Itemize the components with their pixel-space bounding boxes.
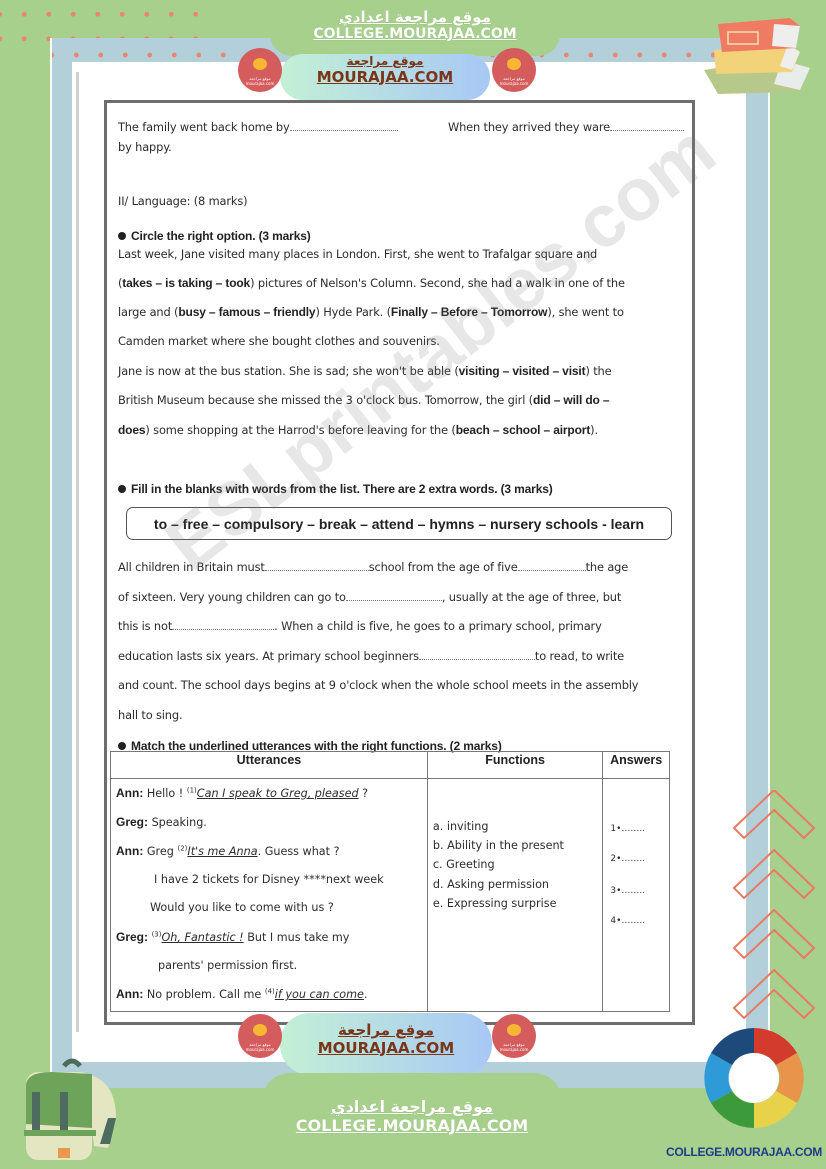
utterance-text: . Guess what ?: [258, 845, 340, 858]
ex1-line: (takes – is taking – took) pictures of N…: [118, 276, 625, 290]
blank-field[interactable]: [419, 649, 535, 660]
blank-field[interactable]: [265, 560, 369, 571]
ex1-text: ) some shopping at the Harrod's before l…: [145, 423, 455, 437]
bottom-banner[interactable]: موقع مراجعة اعدادي COLLEGE.MOURAJAA.COM: [262, 1073, 562, 1169]
ex2-text: to read, to write: [535, 649, 624, 663]
header-functions: Functions: [427, 752, 602, 779]
function-c: c. Greeting: [433, 858, 495, 871]
ex1-text: ) Hyde Park. (: [315, 305, 390, 319]
site-logo-badge[interactable]: موقع مراجعة mourajaa.com: [238, 48, 282, 92]
chevron-up-decorations: [732, 790, 822, 1030]
backpack-icon: [12, 1052, 122, 1162]
ex1-text: Jane is now at the bus station. She is s…: [118, 364, 459, 378]
blank-field[interactable]: [172, 619, 274, 630]
bottom-banner-url[interactable]: COLLEGE.MOURAJAA.COM: [262, 1116, 562, 1135]
answers-cell: 1•…….. 2•…….. 3•…….. 4•……..: [603, 779, 670, 1012]
ex2-text: All children in Britain must: [118, 560, 265, 574]
top-pill-arabic[interactable]: موقع مراجعة: [280, 54, 490, 68]
function-e: e. Expressing surprise: [433, 897, 557, 910]
corner-logo-caption[interactable]: COLLEGE.MOURAJAA.COM: [664, 1145, 824, 1159]
speaker: Greg:: [116, 930, 148, 944]
bullet-icon: [118, 232, 126, 240]
logo-icon: [507, 58, 521, 70]
exercise-2-title: Fill in the blanks with words from the l…: [118, 482, 553, 496]
utterance-3: Ann: Greg (2)It's me Anna. Guess what ?: [116, 844, 340, 858]
option-group-2[interactable]: busy – famous – friendly: [178, 305, 315, 319]
function-a: a. inviting: [433, 820, 489, 833]
utterance-number: (2): [177, 844, 187, 852]
intro-line-1: The family went back home by When they a…: [118, 120, 684, 134]
utterance-8: Ann: No problem. Call me (4)if you can c…: [116, 987, 367, 1001]
ex1-line: does) some shopping at the Harrod's befo…: [118, 423, 598, 437]
speaker: Ann:: [116, 786, 143, 800]
ex2-text: education lasts six years. At primary sc…: [118, 649, 419, 663]
ex2-line: hall to sing.: [118, 708, 182, 722]
utterance-6: Greg: (3)Oh, Fantastic ! But I mus take …: [116, 930, 349, 944]
intro-text-b: When they arrived they ware: [448, 120, 610, 134]
ex2-text: the age: [586, 560, 628, 574]
ex2-line: education lasts six years. At primary sc…: [118, 649, 624, 663]
top-banner-url[interactable]: COLLEGE.MOURAJAA.COM: [270, 26, 560, 42]
blank-field[interactable]: [518, 560, 586, 571]
answer-1[interactable]: 1•……..: [610, 824, 645, 834]
speaker: Ann:: [116, 844, 143, 858]
ex2-text: of sixteen. Very young children can go t…: [118, 590, 346, 604]
site-logo-badge[interactable]: موقع مراجعة mourajaa.com: [492, 48, 536, 92]
ex1-text: ).: [590, 423, 598, 437]
ex2-text: this is not: [118, 619, 172, 633]
logo-caption: موقع مراجعة mourajaa.com: [498, 1042, 530, 1052]
top-site-pill[interactable]: موقع مراجعة MOURAJAA.COM: [280, 54, 490, 100]
exercise-1-title-text: Circle the right option. (3 marks): [131, 229, 311, 243]
bottom-pill-arabic[interactable]: موقع مراجعة: [280, 1021, 492, 1039]
bottom-banner-arabic[interactable]: موقع مراجعة اعدادي: [262, 1097, 562, 1116]
ex2-line: All children in Britain mustschool from …: [118, 560, 628, 574]
ex2-line: of sixteen. Very young children can go t…: [118, 590, 621, 604]
ex1-text: large and (: [118, 305, 178, 319]
ex1-line: Jane is now at the bus station. She is s…: [118, 364, 611, 378]
section-title: II/ Language: (8 marks): [118, 194, 247, 208]
option-group-6[interactable]: beach – school – airport: [456, 423, 590, 437]
utterance-text: No problem. Call me: [147, 988, 265, 1001]
answer-4[interactable]: 4•……..: [610, 916, 645, 926]
bottom-site-pill[interactable]: موقع مراجعة MOURAJAA.COM: [280, 1013, 492, 1075]
exercise-1-title: Circle the right option. (3 marks): [118, 229, 311, 243]
card-shadow: [76, 72, 79, 1032]
logo-icon: [253, 58, 267, 70]
ex2-line: this is not. When a child is five, he go…: [118, 619, 602, 633]
ex1-line: British Museum because she missed the 3 …: [118, 393, 609, 407]
utterance-2: Greg: Speaking.: [116, 815, 207, 829]
logo-caption: موقع مراجعة mourajaa.com: [244, 76, 276, 86]
utterance-number: (1): [187, 786, 197, 794]
utterance-7: parents' permission first.: [158, 959, 297, 972]
logo-caption: موقع مراجعة mourajaa.com: [244, 1042, 276, 1052]
intro-text-a: The family went back home by: [118, 120, 290, 134]
ex2-text: . When a child is five, he goes to a pri…: [274, 619, 602, 633]
utterance-text: .: [364, 988, 368, 1001]
logo-icon: [253, 1024, 267, 1036]
utterance-text: ?: [359, 787, 369, 800]
underlined-utterance: Can I speak to Greg, pleased: [197, 787, 359, 800]
utterance-4: I have 2 tickets for Disney ****next wee…: [154, 873, 384, 886]
site-logo-badge[interactable]: موقع مراجعة mourajaa.com: [492, 1014, 536, 1058]
utterance-number: (4): [265, 987, 275, 995]
exercise-2-title-text: Fill in the blanks with words from the l…: [131, 482, 553, 496]
ex1-text: Last week, Jane visited many places in L…: [118, 247, 597, 261]
utterances-cell: Ann: Hello ! (1)Can I speak to Greg, ple…: [111, 779, 428, 1012]
answer-2[interactable]: 2•……..: [610, 854, 645, 864]
underlined-utterance: Oh, Fantastic !: [162, 931, 244, 944]
ex2-line: and count. The school days begins at 9 o…: [118, 678, 638, 692]
blank-field[interactable]: [290, 120, 398, 131]
option-group-3[interactable]: Finally – Before – Tomorrow: [391, 305, 547, 319]
ex2-text: school from the age of five: [369, 560, 518, 574]
underlined-utterance: It's me Anna: [187, 845, 257, 858]
option-group-5-cont[interactable]: does: [118, 423, 145, 437]
functions-cell: a. inviting b. Ability in the present c.…: [427, 779, 602, 1012]
header-answers: Answers: [603, 752, 670, 779]
blank-field[interactable]: [346, 590, 442, 601]
underlined-utterance: if you can come: [275, 988, 364, 1001]
ex1-text: British Museum because she missed the 3 …: [118, 393, 533, 407]
utterance-text: Hello !: [147, 787, 187, 800]
ex1-text: ) the: [585, 364, 611, 378]
utterance-text: Speaking.: [152, 816, 207, 829]
function-d: d. Asking permission: [433, 878, 549, 891]
word-list-box: to – free – compulsory – break – attend …: [126, 507, 672, 540]
ex1-line: large and (busy – famous – friendly) Hyd…: [118, 305, 624, 319]
option-group-5[interactable]: did – will do –: [533, 393, 609, 407]
header-utterances: Utterances: [111, 752, 428, 779]
utterance-text: But I mus take my: [244, 931, 350, 944]
ex1-line: Camden market where she bought clothes a…: [118, 334, 440, 348]
utterance-text: Greg: [147, 845, 178, 858]
answer-3[interactable]: 3•……..: [610, 886, 645, 896]
matching-table: Utterances Functions Answers Ann: Hello …: [110, 751, 670, 1012]
ex2-text: , usually at the age of three, but: [442, 590, 621, 604]
bullet-icon: [118, 485, 126, 493]
speaker: Ann:: [116, 987, 143, 1001]
function-b: b. Ability in the present: [433, 839, 564, 852]
option-group-1[interactable]: takes – is taking – took: [122, 276, 250, 290]
intro-line-2: by happy.: [118, 140, 172, 154]
blank-field[interactable]: [610, 120, 684, 131]
books-stack-icon: [696, 10, 816, 95]
school-subjects-ring-logo[interactable]: [694, 1020, 814, 1140]
bullet-icon: [118, 742, 126, 750]
site-logo-badge[interactable]: موقع مراجعة mourajaa.com: [238, 1014, 282, 1058]
utterance-5: Would you like to come with us ?: [150, 901, 334, 914]
ex1-text: ), she went to: [547, 305, 623, 319]
speaker: Greg:: [116, 815, 148, 829]
top-banner-arabic[interactable]: موقع مراجعة اعدادي: [270, 8, 560, 26]
logo-icon: [507, 1024, 521, 1036]
logo-caption: موقع مراجعة mourajaa.com: [498, 76, 530, 86]
bottom-pill-url[interactable]: MOURAJAA.COM: [280, 1039, 492, 1057]
utterance-number: (3): [152, 930, 162, 938]
ex1-line: Last week, Jane visited many places in L…: [118, 247, 684, 261]
ex1-text: ) pictures of Nelson's Column. Second, s…: [250, 276, 625, 290]
option-group-4[interactable]: visiting – visited – visit: [459, 364, 586, 378]
utterance-1: Ann: Hello ! (1)Can I speak to Greg, ple…: [116, 786, 368, 800]
top-pill-url[interactable]: MOURAJAA.COM: [280, 68, 490, 86]
